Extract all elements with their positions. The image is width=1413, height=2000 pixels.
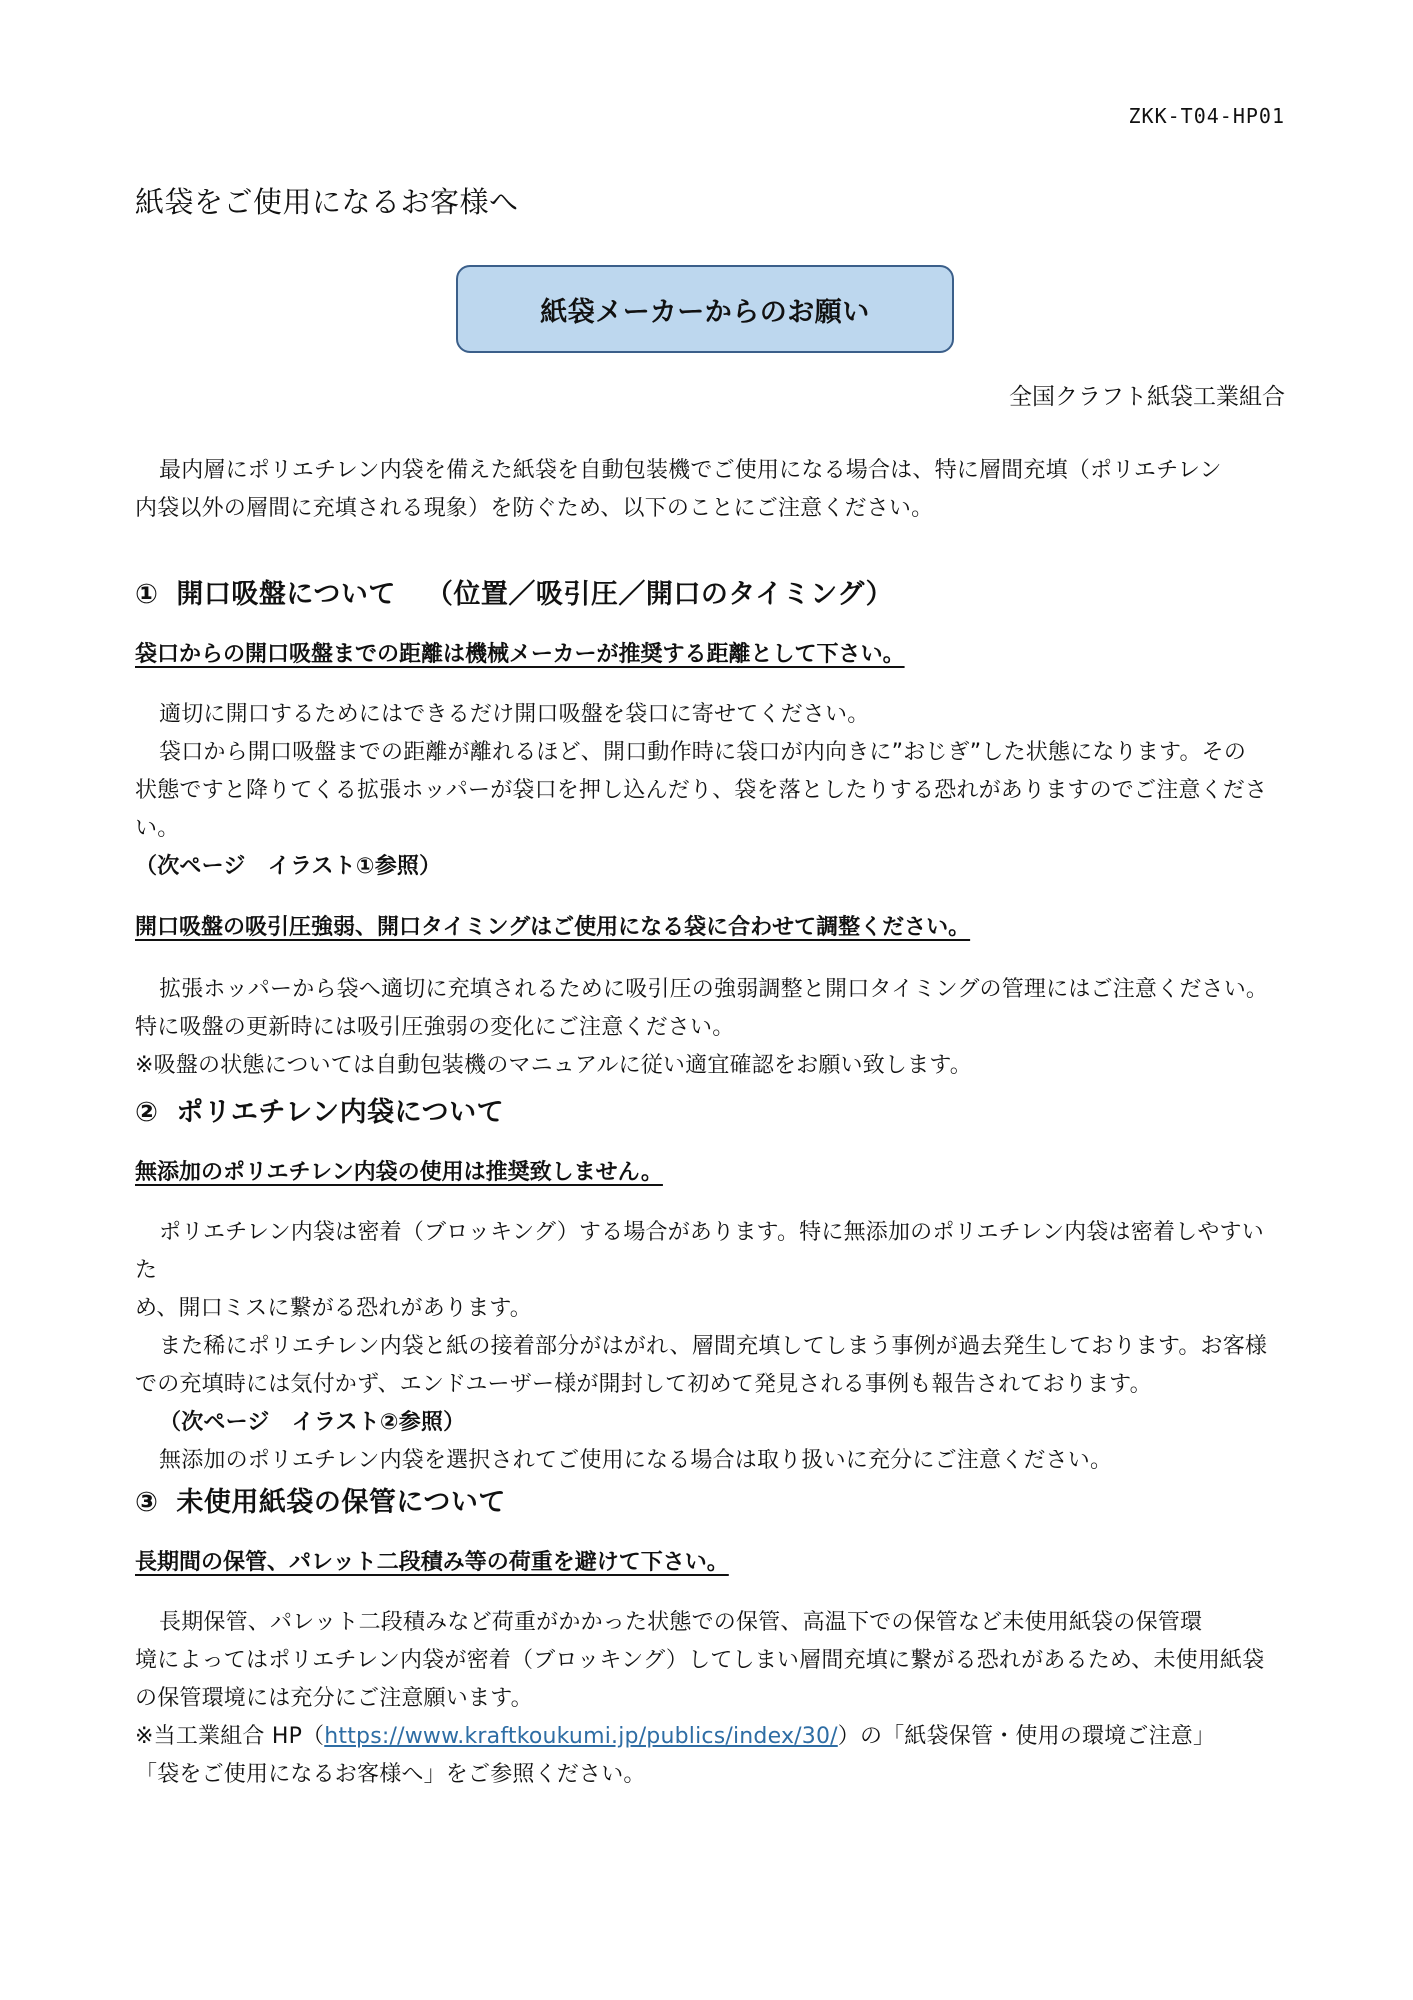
paragraph: 長期保管、パレット二段積みなど荷重がかかった状態での保管、高温下での保管など未使… — [135, 1604, 1285, 1794]
paragraph-line: 長期保管、パレット二段積みなど荷重がかかった状態での保管、高温下での保管など未使… — [135, 1604, 1285, 1642]
paragraph-line: ※吸盤の状態については自動包装機のマニュアルに従い適宜確認をお願い致します。 — [135, 1047, 1285, 1085]
paragraph: 拡張ホッパーから袋へ適切に充填されるために吸引圧の強弱調整と開口タイミングの管理… — [135, 971, 1285, 1085]
intro-line: 内袋以外の層間に充填される現象）を防ぐため、以下のことにご注意ください。 — [135, 490, 1285, 528]
illustration-reference: （次ページ イラスト②参照） — [135, 1404, 1285, 1442]
paragraph-line: 境によってはポリエチレン内袋が密着（ブロッキング）してしまい層間充填に繋がる恐れ… — [135, 1642, 1285, 1680]
paragraph: 適切に開口するためにはできるだけ開口吸盤を袋口に寄せてください。 袋口から開口吸… — [135, 696, 1285, 886]
subheading: 袋口からの開口吸盤までの距離は機械メーカーが推奨する距離として下さい。 — [135, 637, 1285, 668]
section-1: ①開口吸盤について（位置／吸引圧／開口のタイミング） 袋口からの開口吸盤までの距… — [135, 572, 1285, 1085]
organization-name: 全国クラフト紙袋工業組合 — [1009, 378, 1285, 411]
intro-paragraph: 最内層にポリエチレン内袋を備えた紙袋を自動包装機でご使用になる場合は、特に層間充… — [135, 452, 1285, 528]
section-title: 開口吸盤について — [176, 579, 395, 610]
paragraph-line: ポリエチレン内袋は密着（ブロッキング）する場合があります。特に無添加のポリエチレ… — [135, 1214, 1285, 1290]
illustration-reference: （次ページ イラスト①参照） — [135, 848, 1285, 886]
section-number: ③ — [135, 1487, 158, 1518]
hp-note-suffix: ）の「紙袋保管・使用の環境ご注意」 — [838, 1724, 1215, 1749]
paragraph-line: 特に吸盤の更新時には吸引圧強弱の変化にご注意ください。 — [135, 1009, 1285, 1047]
hp-reference-note: ※当工業組合 HP（https://www.kraftkoukumi.jp/pu… — [135, 1718, 1285, 1756]
paragraph-line: 袋口から開口吸盤までの距離が離れるほど、開口動作時に袋口が内向きに”おじぎ”した… — [135, 734, 1285, 772]
section-heading: ①開口吸盤について（位置／吸引圧／開口のタイミング） — [135, 572, 1285, 611]
section-subtitle: （位置／吸引圧／開口のタイミング） — [426, 579, 893, 610]
paragraph-line: 「袋をご使用になるお客様へ」をご参照ください。 — [135, 1756, 1285, 1794]
subheading: 無添加のポリエチレン内袋の使用は推奨致しません。 — [135, 1155, 1285, 1186]
subheading: 長期間の保管、パレット二段積み等の荷重を避けて下さい。 — [135, 1545, 1285, 1576]
paragraph-line: での充填時には気付かず、エンドユーザー様が開封して初めて発見される事例も報告され… — [135, 1366, 1285, 1404]
paragraph-line: 拡張ホッパーから袋へ適切に充填されるために吸引圧の強弱調整と開口タイミングの管理… — [135, 971, 1285, 1009]
section-heading: ②ポリエチレン内袋について — [135, 1090, 1285, 1129]
hp-link[interactable]: https://www.kraftkoukumi.jp/publics/inde… — [324, 1724, 838, 1749]
paragraph-line: 無添加のポリエチレン内袋を選択されてご使用になる場合は取り扱いに充分にご注意くだ… — [135, 1442, 1285, 1480]
document-code: ZKK-T04-HP01 — [1129, 104, 1286, 128]
salutation: 紙袋をご使用になるお客様へ — [135, 180, 519, 221]
paragraph-line: また稀にポリエチレン内袋と紙の接着部分がはがれ、層間充填してしまう事例が過去発生… — [135, 1328, 1285, 1366]
section-heading: ③未使用紙袋の保管について — [135, 1480, 1285, 1519]
section-number: ② — [135, 1097, 158, 1128]
section-3: ③未使用紙袋の保管について 長期間の保管、パレット二段積み等の荷重を避けて下さい… — [135, 1480, 1285, 1794]
subheading: 開口吸盤の吸引圧強弱、開口タイミングはご使用になる袋に合わせて調整ください。 — [135, 910, 1285, 941]
hp-note-prefix: ※当工業組合 HP（ — [135, 1724, 324, 1749]
paragraph-line: 状態ですと降りてくる拡張ホッパーが袋口を押し込んだり、袋を落としたりする恐れがあ… — [135, 772, 1285, 848]
title-box: 紙袋メーカーからのお願い — [456, 265, 954, 353]
paragraph-line: の保管環境には充分にご注意願います。 — [135, 1680, 1285, 1718]
page-title: 紙袋メーカーからのお願い — [540, 290, 869, 329]
paragraph-line: 適切に開口するためにはできるだけ開口吸盤を袋口に寄せてください。 — [135, 696, 1285, 734]
paragraph: ポリエチレン内袋は密着（ブロッキング）する場合があります。特に無添加のポリエチレ… — [135, 1214, 1285, 1480]
intro-line: 最内層にポリエチレン内袋を備えた紙袋を自動包装機でご使用になる場合は、特に層間充… — [135, 452, 1285, 490]
section-title: 未使用紙袋の保管について — [176, 1487, 505, 1518]
section-2: ②ポリエチレン内袋について 無添加のポリエチレン内袋の使用は推奨致しません。 ポ… — [135, 1090, 1285, 1480]
section-number: ① — [135, 579, 158, 610]
paragraph-line: め、開口ミスに繋がる恐れがあります。 — [135, 1290, 1285, 1328]
section-title: ポリエチレン内袋について — [176, 1097, 504, 1128]
